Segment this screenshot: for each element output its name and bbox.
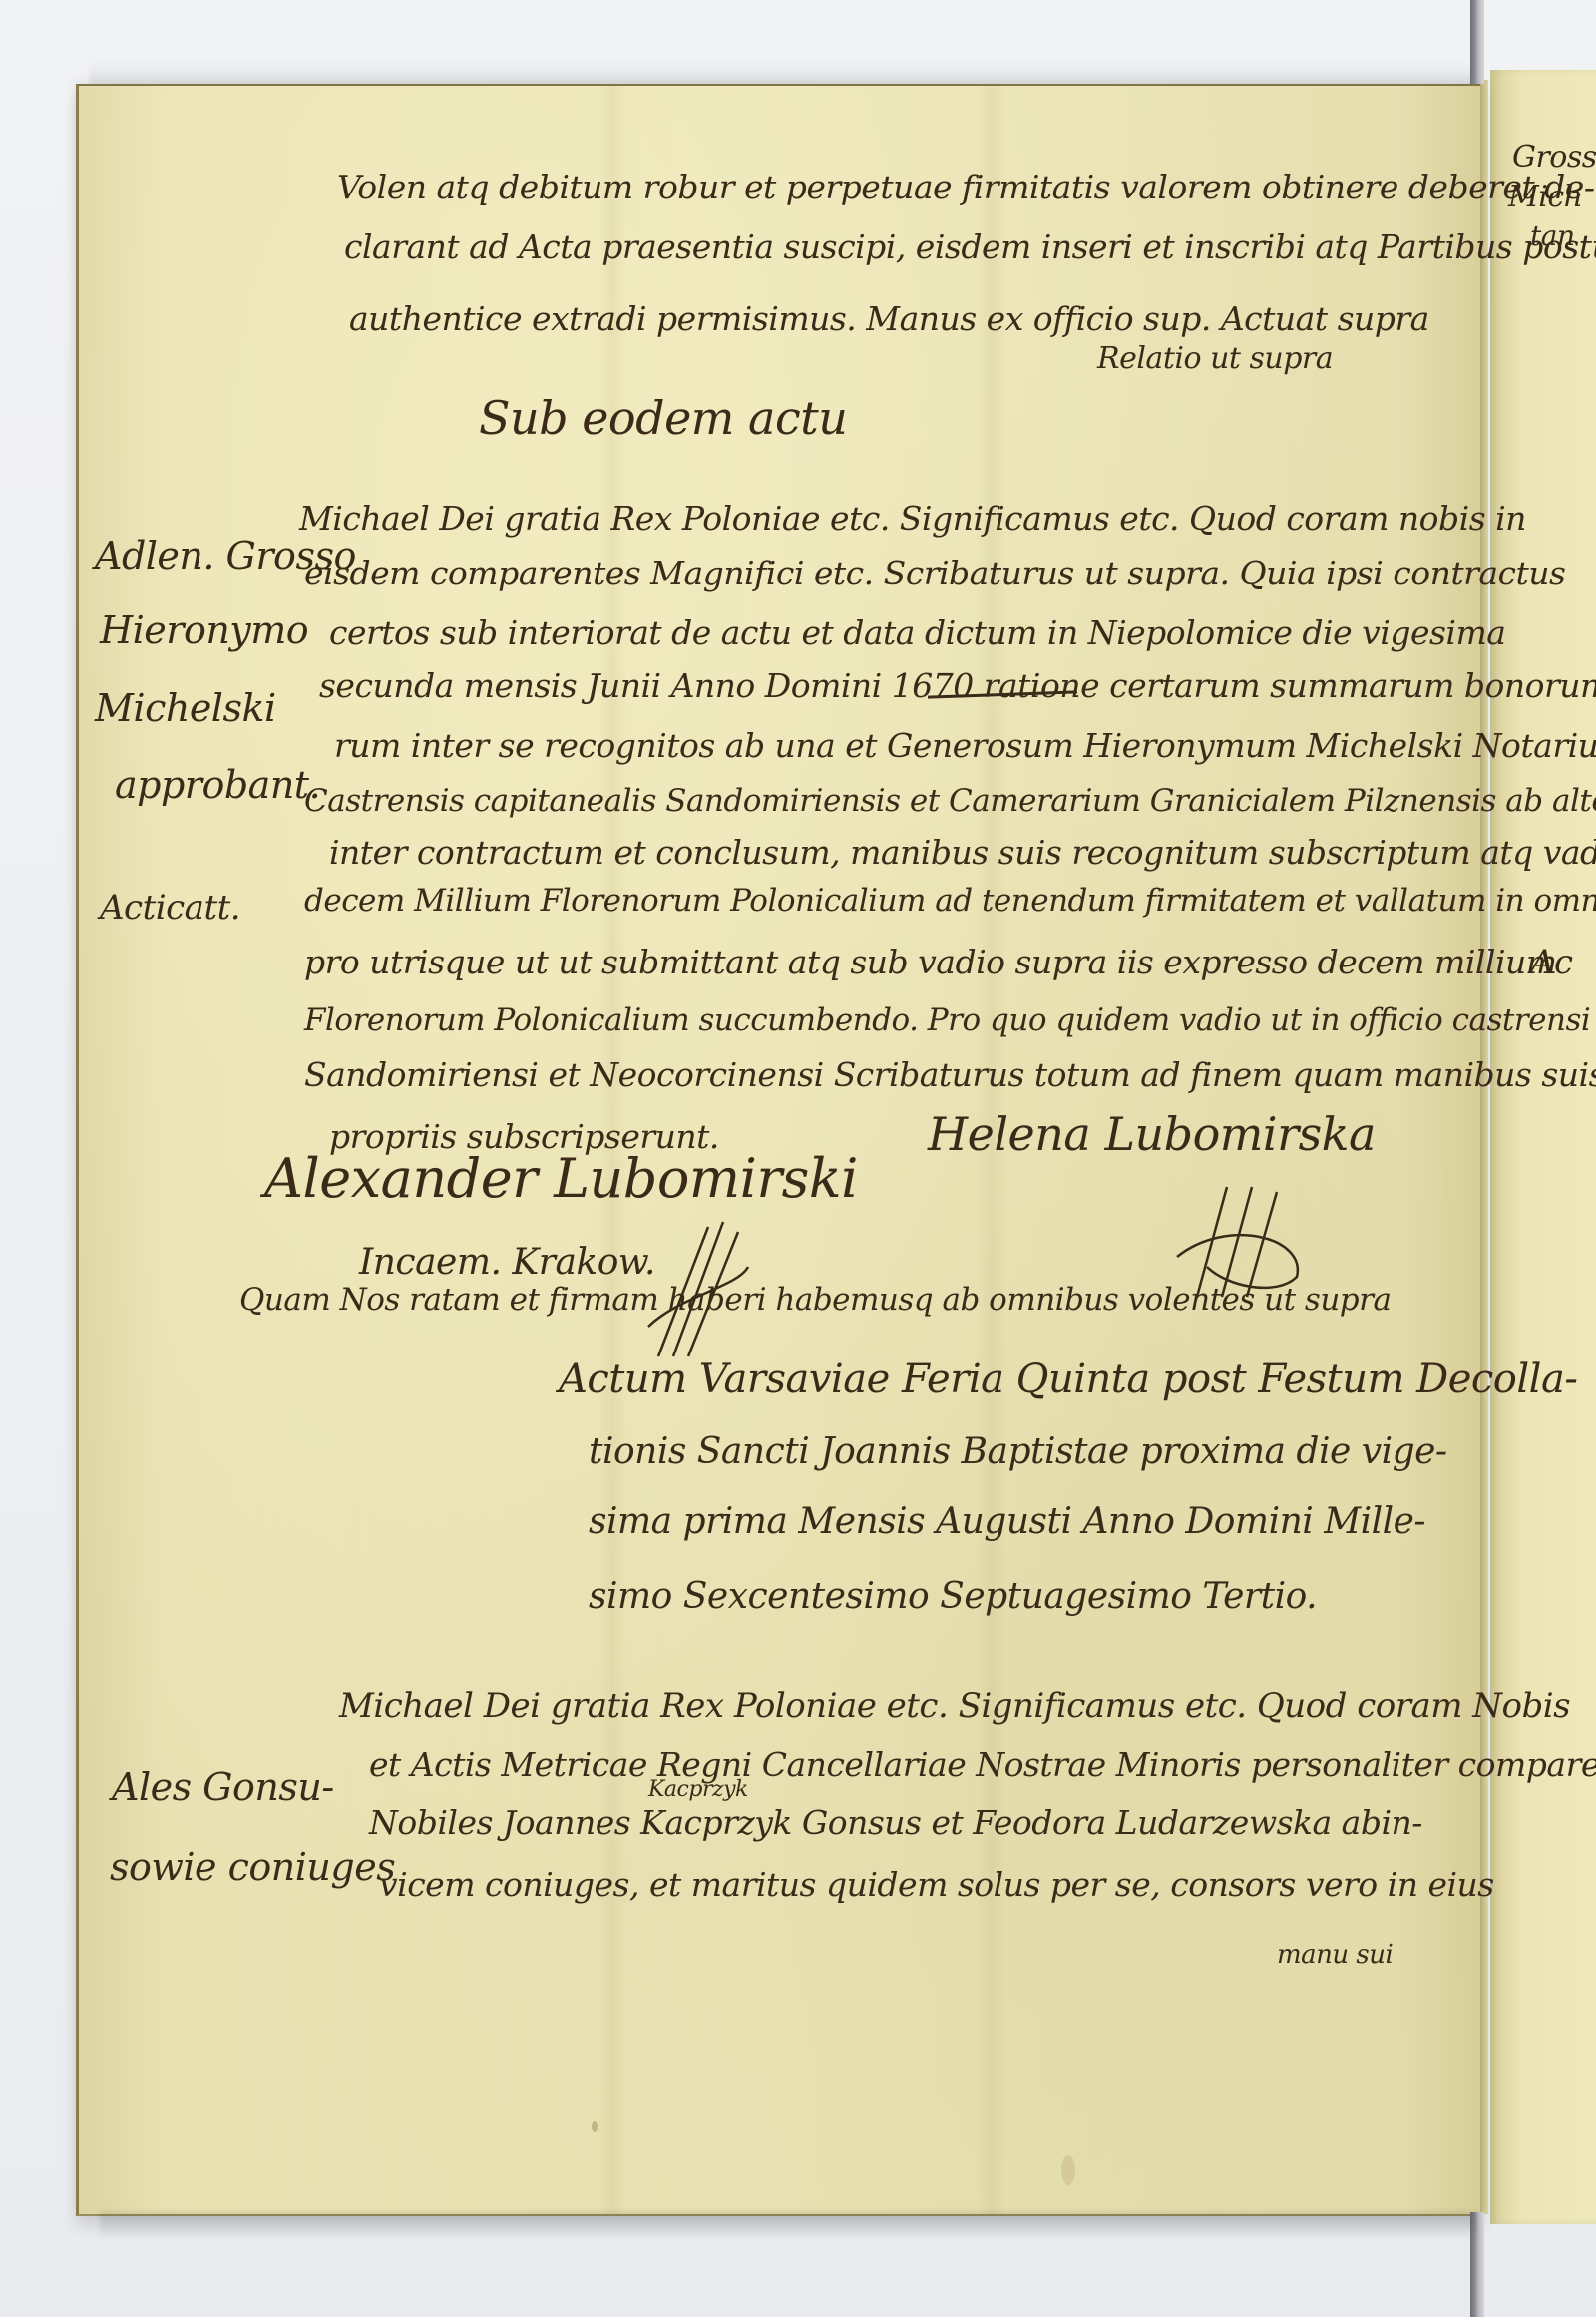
text-line: decem Millium Florenorum Polonicalium ad… xyxy=(304,883,1596,919)
text-line: Quam Nos ratam et firmam haberi habemusq… xyxy=(239,1282,1391,1318)
text-line: Nobiles Joannes Kacprzyk Gonsus et Feodo… xyxy=(369,1803,1422,1842)
section-heading: Sub eodem actu xyxy=(479,391,847,445)
ink-spot xyxy=(592,2121,598,2132)
margin-note-line: approbant. xyxy=(115,763,320,807)
paper-stain xyxy=(1061,2155,1075,2185)
text-line: Sandomiriensi et Neocorcinensi Scribatur… xyxy=(304,1055,1596,1094)
text-line: pro utrisque ut ut submittant atq sub va… xyxy=(304,943,1557,981)
catchword: manu sui xyxy=(1277,1940,1393,1970)
text-line: eisdem comparentes Magnifici etc. Scriba… xyxy=(304,554,1565,592)
signature-subtitle: Incaem. Krakow. xyxy=(359,1242,655,1283)
text-line: rum inter se recognitos ab una et Genero… xyxy=(334,726,1596,765)
text-line: Michael Dei gratia Rex Poloniae etc. Sig… xyxy=(299,499,1526,538)
margin-note-line: Hieronymo xyxy=(100,608,308,652)
margin-note-acticatt: Acticatt. xyxy=(100,888,240,928)
relatio-note: Relatio ut supra xyxy=(1097,341,1333,376)
date-clause-line: Actum Varsaviae Feria Quinta post Festum… xyxy=(559,1356,1577,1402)
text-line: inter contractum et conclusum, manibus s… xyxy=(329,833,1596,872)
text-line: certos sub interiorat de actu et data di… xyxy=(329,613,1505,652)
text-line: vicem coniuges, et maritus quidem solus … xyxy=(379,1865,1494,1904)
text-line: et Actis Metricae Regni Cancellariae Nos… xyxy=(369,1745,1596,1784)
margin-note-line: Ales Gonsu- xyxy=(112,1765,334,1809)
text-line: clarant ad Acta praesentia suscipi, eisd… xyxy=(344,227,1596,266)
date-clause-line: simo Sexcentesimo Septuagesimo Tertio. xyxy=(589,1576,1317,1617)
text-line: Castrensis capitanealis Sandomiriensis e… xyxy=(304,783,1596,819)
margin-note-line: Michelski xyxy=(95,686,276,730)
date-clause-line: tionis Sancti Joannis Baptistae proxima … xyxy=(589,1431,1447,1472)
date-clause-line: sima prima Mensis Augusti Anno Domini Mi… xyxy=(589,1501,1425,1542)
text-line: authentice extradi permisimus. Manus ex … xyxy=(349,299,1429,338)
signature-helena-lubomirska: Helena Lubomirska xyxy=(928,1107,1376,1161)
text-line: secunda mensis Junii Anno Domini 1670 ra… xyxy=(319,666,1596,705)
page-bottom-shadow xyxy=(100,2212,1476,2242)
next-page-edge: Grosse Mich tan Ac xyxy=(1490,70,1596,2224)
inserted-word: Kacprzyk xyxy=(648,1777,748,1802)
text-line: Volen atq debitum robur et perpetuae fir… xyxy=(337,168,1594,206)
margin-note-line: sowie coniuges xyxy=(110,1845,395,1889)
binding-strip-top xyxy=(1470,0,1484,84)
signature-alexander-lubomirski: Alexander Lubomirski xyxy=(264,1147,858,1210)
text-line: Michael Dei gratia Rex Poloniae etc. Sig… xyxy=(339,1686,1570,1726)
text-line: Florenorum Polonicalium succumbendo. Pro… xyxy=(304,1002,1596,1038)
